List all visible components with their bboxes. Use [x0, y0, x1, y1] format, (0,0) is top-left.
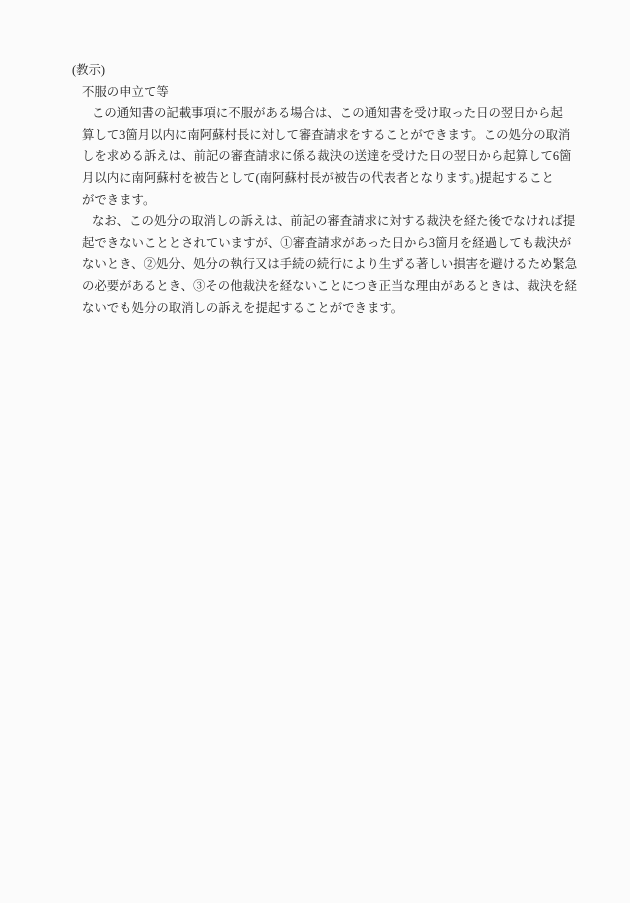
text-line: しを求める訴えは、前記の審査請求に係る裁決の送達を受けた日の翌日から起算して6箇	[72, 146, 572, 168]
text-line: の必要があるとき、③その他裁決を経ないことにつき正当な理由があるときは、裁決を経	[72, 276, 572, 298]
notice-text-block: (教示) 不服の申立て等 この通知書の記載事項に不服がある場合は、この通知書を受…	[72, 60, 572, 319]
section-title: 不服の申立て等	[72, 82, 572, 104]
document-page: (教示) 不服の申立て等 この通知書の記載事項に不服がある場合は、この通知書を受…	[0, 0, 630, 903]
text-line: ないとき、②処分、処分の執行又は手続の続行により生ずる著しい損害を避けるため緊急	[72, 254, 572, 276]
paragraph-lawsuit-exceptions: なお、この処分の取消しの訴えは、前記の審査請求に対する裁決を経た後でなければ提起…	[72, 211, 572, 319]
text-line: ができます。	[72, 190, 572, 212]
text-line: ないでも処分の取消しの訴えを提起することができます。	[72, 298, 572, 320]
text-line: 月以内に南阿蘇村を被告として(南阿蘇村長が被告の代表者となります。)提起すること	[72, 168, 572, 190]
text-line: なお、この処分の取消しの訴えは、前記の審査請求に対する裁決を経た後でなければ提	[72, 211, 572, 233]
notice-heading: (教示)	[72, 60, 572, 82]
text-line: 算して3箇月以内に南阿蘇村長に対して審査請求をすることができます。この処分の取消	[72, 125, 572, 147]
text-line: 起できないこととされていますが、①審査請求があった日から3箇月を経過しても裁決が	[72, 233, 572, 255]
paragraph-appeal-procedure: この通知書の記載事項に不服がある場合は、この通知書を受け取った日の翌日から起算し…	[72, 103, 572, 211]
text-line: この通知書の記載事項に不服がある場合は、この通知書を受け取った日の翌日から起	[72, 103, 572, 125]
